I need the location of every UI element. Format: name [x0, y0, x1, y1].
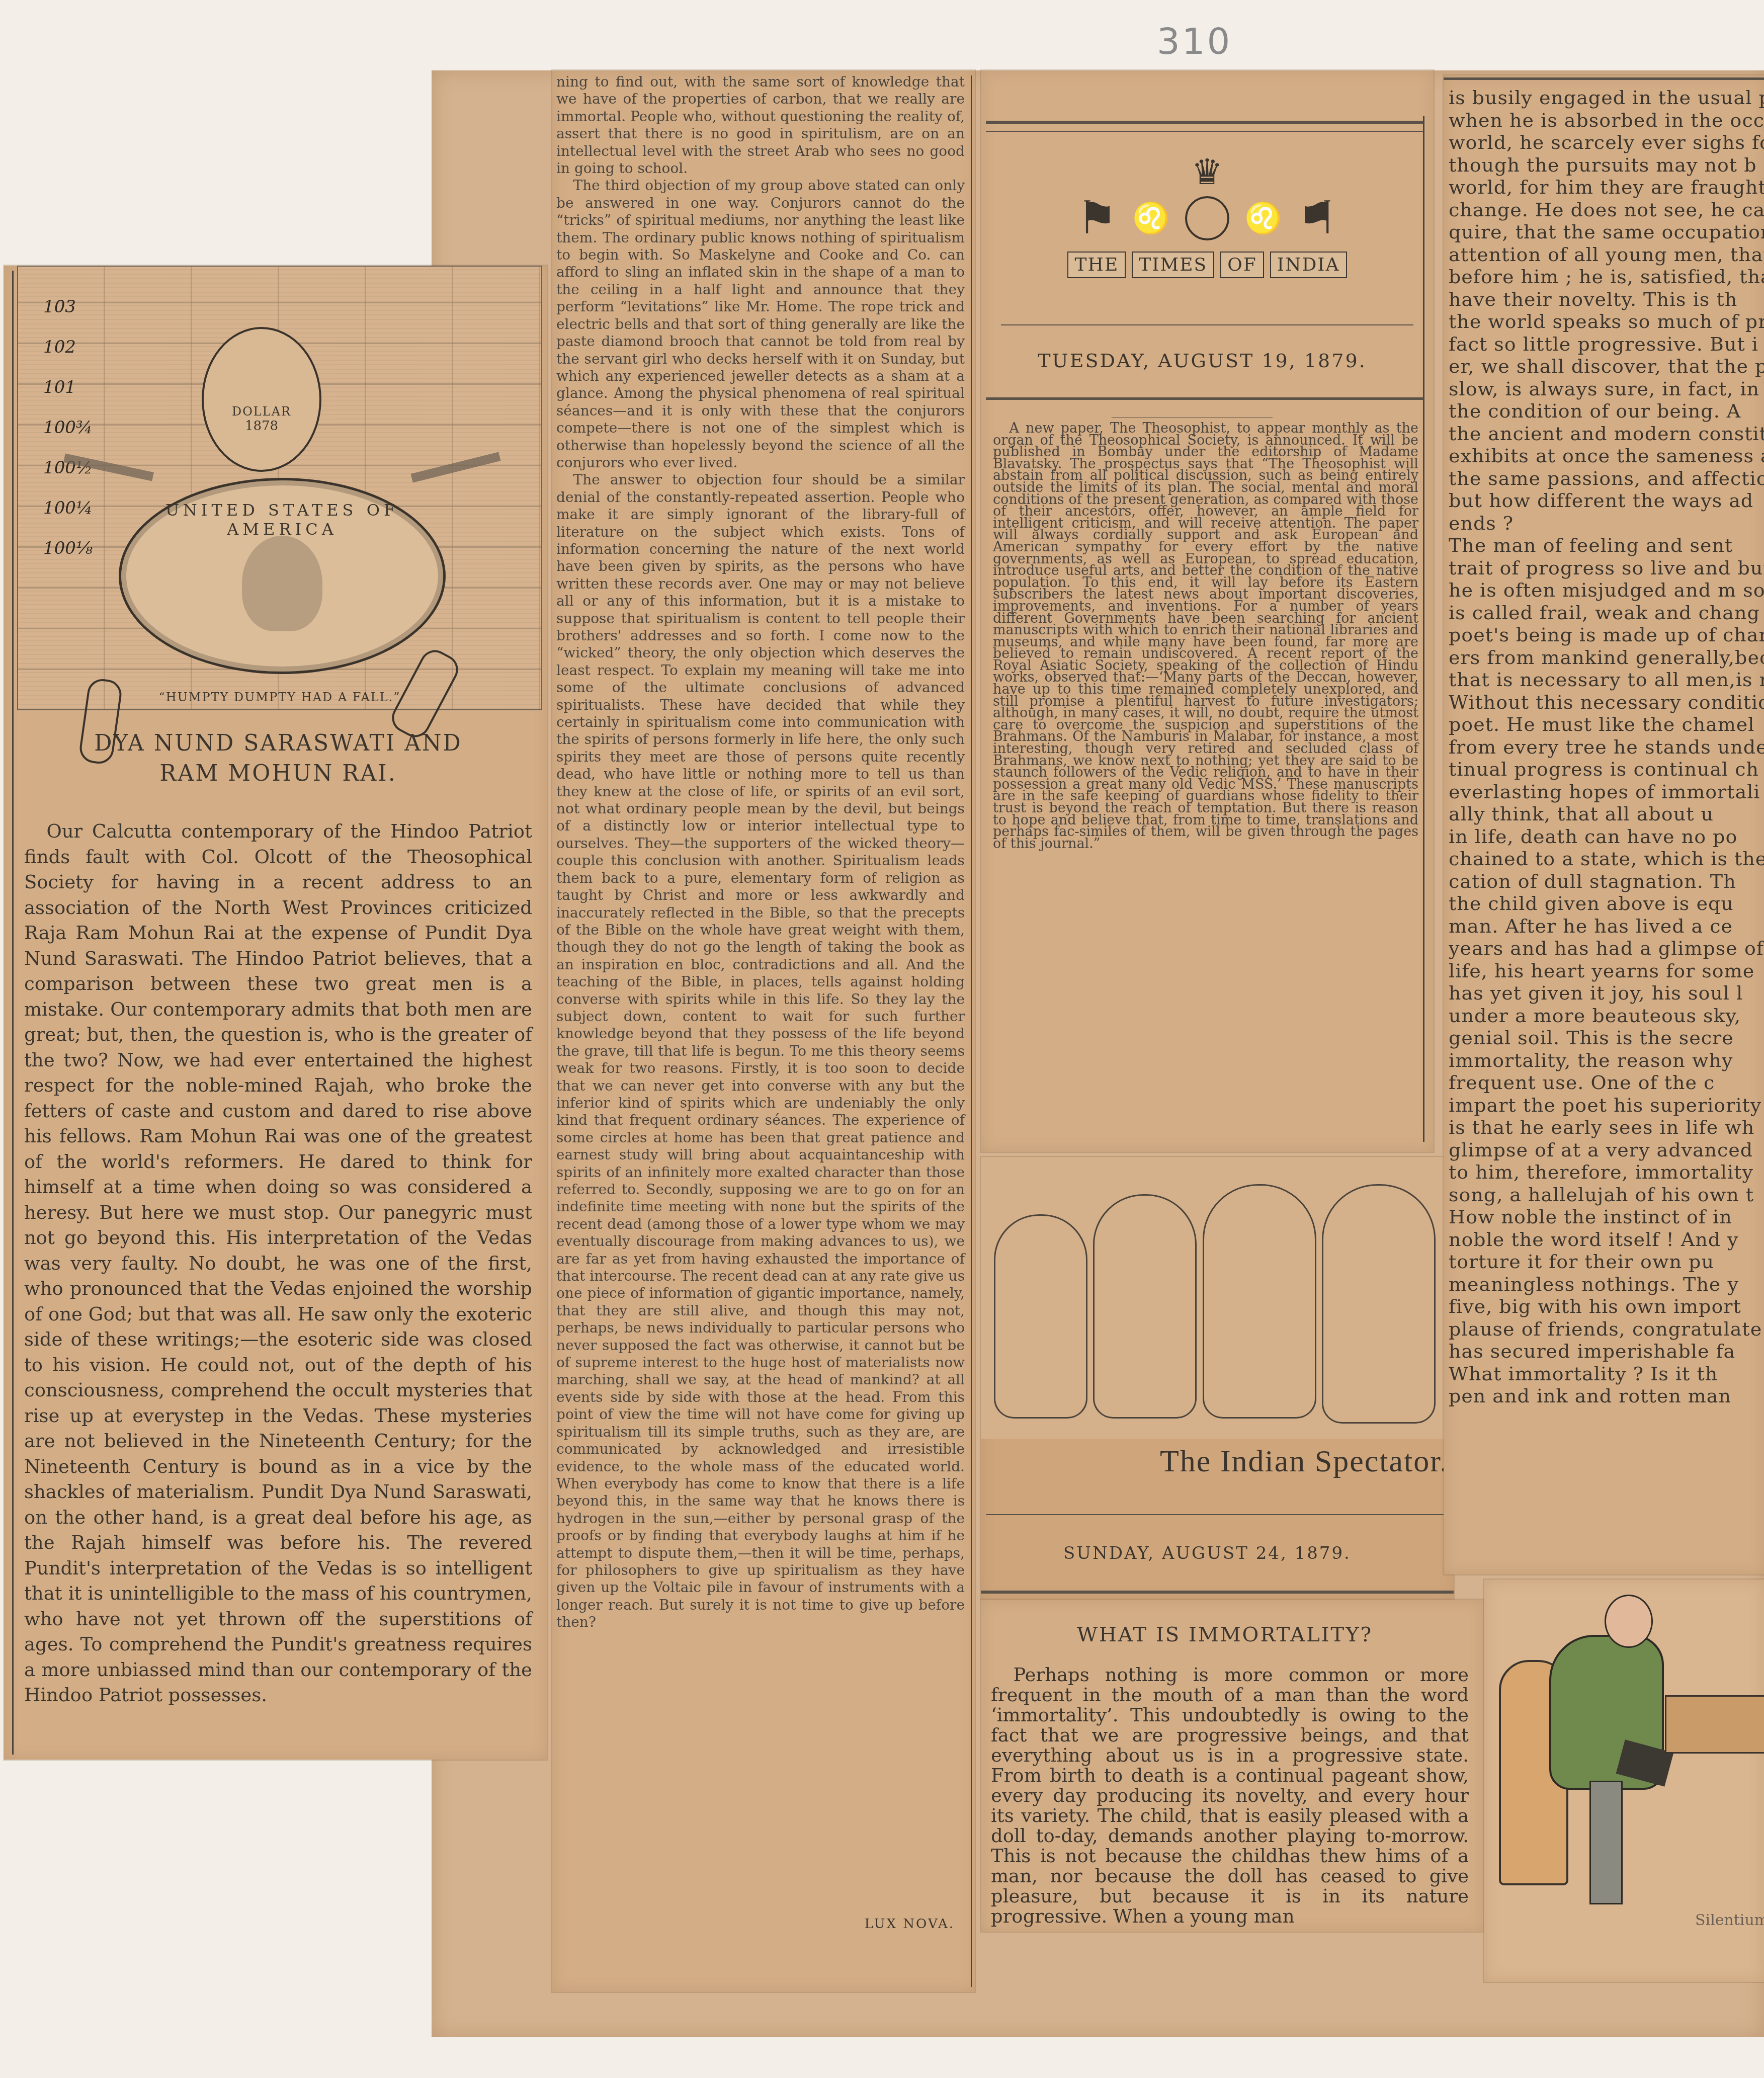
text-line: has secured imperishable fa [1449, 1340, 1764, 1363]
text-line: man. After he has lived a ce [1449, 915, 1764, 938]
clipping-lux-nova: ning to find out, with the same sort of … [552, 70, 975, 1992]
text-line: world, he scarcely ever sighs for [1449, 131, 1764, 154]
section-rule [986, 397, 1423, 400]
text-line: five, big with his own import [1449, 1295, 1764, 1318]
times-date: TUESDAY, AUGUST 19, 1879. [991, 350, 1413, 372]
dollar-coin-face: DOLLAR 1878 [202, 327, 321, 472]
article-body-dya-nund: Our Calcutta contemporary of the Hindoo … [24, 819, 532, 1708]
text-line: the condition of our being. A [1449, 400, 1764, 423]
scale-label: 101 [43, 367, 93, 407]
text-line: years and has had a glimpse of [1449, 937, 1764, 960]
text-line: meaningless nothings. The y [1449, 1273, 1764, 1296]
text-line: glimpse of at a very advanced [1449, 1139, 1764, 1161]
article-paragraph: The third objection of my group above st… [556, 177, 965, 471]
text-line: song, a hallelujah of his own t [1449, 1184, 1764, 1206]
text-line: everlasting hopes of immortali [1449, 781, 1764, 803]
scale-label: 103 [43, 287, 93, 327]
text-line: ends ? [1449, 512, 1764, 535]
article-body-right-column: is busily engaged in the usual p when he… [1449, 87, 1764, 1407]
article-paragraph: Our Calcutta contemporary of the Hindoo … [24, 819, 532, 1708]
text-line: What immortality ? Is it th [1449, 1363, 1764, 1385]
text-line: ers from mankind generally,bec [1449, 646, 1764, 669]
article-body-immortality: Perhaps nothing is more common or more f… [991, 1665, 1469, 1927]
masthead-rule [986, 121, 1423, 124]
banner-word: OF [1220, 252, 1264, 278]
text-line: ally think, that all about u [1449, 803, 1764, 825]
liberty-head-icon [242, 536, 322, 631]
text-line: have their novelty. This is th [1449, 288, 1764, 311]
text-line: that is necessary to all men,is n [1449, 669, 1764, 691]
headline-dya-nund: DYA NUND SARASWATI AND RAM MOHUN RAI. [24, 728, 532, 789]
text-line: is busily engaged in the usual p [1449, 87, 1764, 109]
article-paragraph: Perhaps nothing is more common or more f… [991, 1665, 1469, 1927]
flag-icon: ⚑ [1077, 192, 1118, 244]
scale-label: 100¼ [43, 488, 93, 528]
cartoon-caption: Silentium [1695, 1911, 1764, 1929]
column-rule [1423, 116, 1424, 1142]
date-rule [986, 1514, 1449, 1515]
page-number: 310 [1157, 20, 1232, 62]
article-body-lux-nova: ning to find out, with the same sort of … [556, 73, 965, 1631]
text-line: has yet given it joy, his soul l [1449, 982, 1764, 1005]
scale-label: 100¾ [43, 407, 93, 448]
four-figures-illustration [981, 1157, 1449, 1439]
flag-icon: ⚑ [1297, 192, 1338, 244]
text-line: exhibits at once the sameness an [1449, 445, 1764, 467]
text-line: torture it for their own pu [1449, 1251, 1764, 1273]
scale-labels: 103 102 101 100¾ 100½ 100¼ 100⅛ [43, 287, 93, 568]
text-line: from every tree he stands unde [1449, 736, 1764, 759]
article-body-theosophist: A new paper, The Theosophist, to appear … [993, 423, 1418, 850]
text-line: immortality, the reason why [1449, 1049, 1764, 1072]
headline-line: DYA NUND SARASWATI AND [94, 730, 462, 756]
text-line: before him ; he is, satisfied, tha [1449, 266, 1764, 288]
cartoon-caption: “HUMPTY DUMPTY HAD A FALL.” [119, 690, 441, 704]
boar-headed-figure [994, 1214, 1087, 1419]
clipping-right-column: is busily engaged in the usual p when he… [1444, 75, 1764, 1574]
text-line: the same passions, and affectio [1449, 467, 1764, 490]
text-line: impart the poet his superiority [1449, 1094, 1764, 1117]
text-line: slow, is always sure, in fact, in [1449, 378, 1764, 400]
text-line: fact so little progressive. But i [1449, 333, 1764, 356]
scale-label: 102 [43, 327, 93, 367]
article-paragraph: ning to find out, with the same sort of … [556, 73, 965, 177]
article-paragraph: The answer to objection four should be a… [556, 471, 965, 1631]
text-line: tinual progress is continual ch [1449, 758, 1764, 781]
clipping-indian-spectator-masthead: The Indian Spectator. SUNDAY, AUGUST 24,… [981, 1157, 1454, 1600]
us-coin-body: UNITED STATES OF AMERICA [119, 478, 446, 674]
text-line: frequent use. One of the c [1449, 1071, 1764, 1094]
text-line: poet's being is made up of chan [1449, 624, 1764, 646]
text-line: the ancient and modern constitu [1449, 423, 1764, 445]
masthead-banner: THETIMESOFINDIA [1064, 252, 1350, 278]
text-line: world, for him they are fraught [1449, 176, 1764, 199]
man-legs [1589, 1781, 1623, 1904]
text-line: change. He does not see, he ca [1449, 199, 1764, 221]
crown-icon: ♛ [1192, 154, 1223, 190]
section-rule [981, 1591, 1454, 1594]
man-head [1605, 1595, 1653, 1648]
text-line: in life, death can have no po [1449, 825, 1764, 848]
table-illustration [1665, 1695, 1764, 1754]
text-line: chained to a state, which is the [1449, 848, 1764, 870]
text-line: cation of dull stagnation. Th [1449, 870, 1764, 893]
text-line: under a more beauteous sky, [1449, 1005, 1764, 1027]
column-rule [971, 75, 972, 1987]
text-line: is that he early sees in life wh [1449, 1116, 1764, 1139]
crowned-figure-with-staff [1322, 1184, 1436, 1424]
boar-headed-figure [1093, 1194, 1197, 1419]
clipping-times-of-india: ♛ ⚑ ♌ ♌ ⚑ THETIMESOFINDIA TUESDAY, AUGUS… [981, 70, 1434, 1152]
clock-icon [1185, 196, 1229, 240]
text-line: the world speaks so much of pro [1449, 310, 1764, 333]
article-paragraph: A new paper, The Theosophist, to appear … [993, 423, 1418, 850]
text-line: attention of all young men, that [1449, 243, 1764, 266]
text-line: life, his heart yearns for some [1449, 960, 1764, 982]
signature-lux-nova: LUX NOVA. [865, 1917, 955, 1932]
text-line: the child given above is equ [1449, 892, 1764, 915]
text-line: quire, that the same occupation [1449, 221, 1764, 243]
section-rule [1444, 77, 1764, 80]
short-rule [1112, 418, 1273, 418]
text-line: when he is absorbed in the occu [1449, 109, 1764, 132]
times-of-india-emblem: ♛ ⚑ ♌ ♌ ⚑ THETIMESOFINDIA [1001, 141, 1413, 292]
text-line: er, we shall discover, that the p [1449, 355, 1764, 378]
column-rule [12, 271, 14, 1755]
text-line: plause of friends, congratulate [1449, 1318, 1764, 1341]
lion-icon: ♌ [1244, 200, 1282, 236]
scale-label: 100⅛ [43, 528, 93, 568]
coin-text: DOLLAR [204, 404, 319, 419]
text-line: How noble the instinct of in [1449, 1206, 1764, 1228]
headline-immortality: WHAT IS IMMORTALITY? [996, 1620, 1454, 1650]
text-line: but how different the ways ad [1449, 489, 1764, 512]
text-line: pen and ink and rotten man [1449, 1385, 1764, 1407]
text-line: The man of feeling and sent [1449, 534, 1764, 557]
seated-figure-with-staff [1203, 1184, 1316, 1419]
lion-icon: ♌ [1132, 200, 1170, 236]
banner-word: INDIA [1270, 252, 1347, 278]
text-line: poet. He must like the chamel [1449, 713, 1764, 736]
date-rule [1001, 324, 1413, 325]
banner-word: TIMES [1132, 252, 1214, 278]
clipping-dya-nund: 103 102 101 100¾ 100½ 100¼ 100⅛ DOLLAR 1… [4, 266, 547, 1760]
text-line: to him, therefore, immortality [1449, 1161, 1764, 1184]
text-line: is called frail, weak and chang [1449, 602, 1764, 624]
text-line: trait of progress so live and bur [1449, 557, 1764, 579]
text-line: he is often misjudged and m so [1449, 579, 1764, 602]
clipping-colored-cartoon: Silentium [1484, 1580, 1764, 1982]
text-line: noble the word itself ! And y [1449, 1228, 1764, 1251]
clipping-what-is-immortality: WHAT IS IMMORTALITY? Perhaps nothing is … [981, 1600, 1484, 1932]
text-line: genial soil. This is the secre [1449, 1027, 1764, 1049]
text-line: Without this necessary conditio [1449, 691, 1764, 714]
banner-word: THE [1067, 252, 1126, 278]
headline-line: RAM MOHUN RAI. [159, 761, 396, 786]
coin-year: 1878 [204, 419, 319, 434]
masthead-rule [986, 131, 1423, 132]
text-line: though the pursuits may not b [1449, 154, 1764, 177]
coin-legend: UNITED STATES OF AMERICA [121, 501, 443, 539]
cartoon-humpty-dumpty: 103 102 101 100¾ 100½ 100¼ 100⅛ DOLLAR 1… [17, 266, 542, 710]
spectator-date: SUNDAY, AUGUST 24, 1879. [981, 1543, 1434, 1563]
indian-spectator-title: The Indian Spectator. [981, 1444, 1449, 1479]
